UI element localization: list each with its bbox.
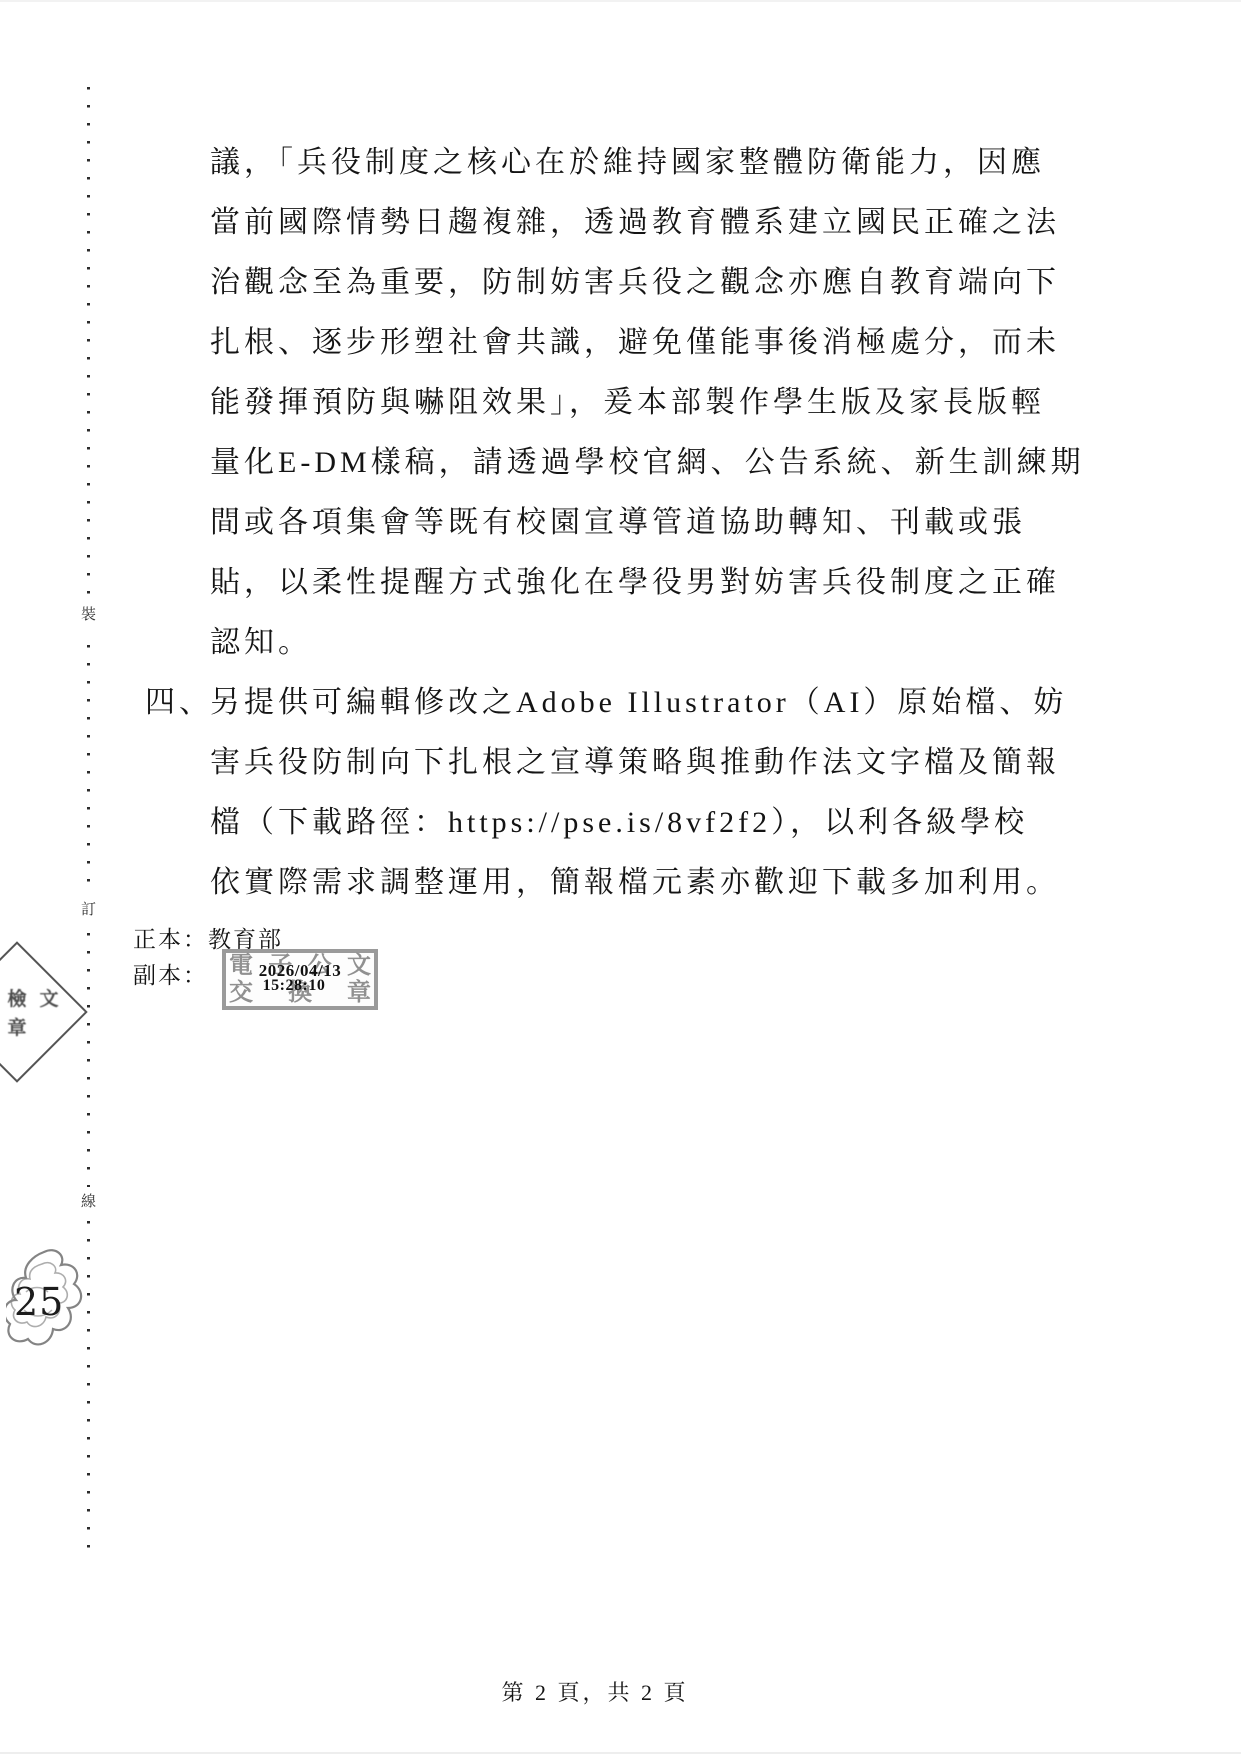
body-line: 害兵役防制向下扎根之宣導策略與推動作法文字檔及簡報: [210, 745, 1110, 781]
official-document-page: 裝 訂 線 議，「兵役制度之核心在於維持國家整體防衛能力，因應 當前國際情勢日趨…: [0, 0, 1241, 1754]
seal-char: 章: [5, 1013, 29, 1040]
exchange-stamp-time: 15:28:10: [220, 977, 368, 995]
seal-char: 檢: [5, 984, 29, 1011]
page-footer: 第 2 頁，共 2 頁: [0, 1676, 1190, 1707]
body-line: 當前國際情勢日趨複雜，透過教育體系建立國民正確之法: [210, 205, 1110, 241]
binding-char-ding: 訂: [80, 895, 97, 925]
binding-dotted-line: [87, 87, 90, 1552]
recipient-copy: 副本：: [133, 957, 208, 990]
edge-diamond-seal: 公 檢 文 章: [0, 941, 88, 1082]
body-line: 量化E-DM樣稿，請透過學校官網、公告系統、新生訓練期: [210, 445, 1110, 481]
body-line: 認知。: [210, 625, 1110, 661]
body-line: 檔（下載路徑：https://pse.is/8vf2f2），以利各級學校: [210, 805, 1110, 841]
edge-diamond-seal-text: 公 檢 文 章: [0, 964, 65, 1060]
handwritten-page-number: 25: [14, 1280, 64, 1324]
seal-char: 文: [37, 984, 61, 1011]
recipient-copy-label: 副本：: [133, 963, 208, 988]
electronic-exchange-stamp: 電 子 公 文 交 換 章 2026/04/13 15:28:10: [222, 949, 378, 1010]
recipient-original-label: 正本：: [133, 927, 208, 952]
body-line: 能發揮預防與嚇阻效果」，爰本部製作學生版及家長版輕: [210, 385, 1110, 421]
body-line: 貼，以柔性提醒方式強化在學役男對妨害兵役制度之正確: [210, 565, 1110, 601]
body-line: 依實際需求調整運用，簡報檔元素亦歡迎下載多加利用。: [210, 865, 1110, 901]
body-line: 另提供可編輯修改之Adobe Illustrator（AI）原始檔、妨: [210, 685, 1110, 721]
item-4-marker: 四、: [145, 685, 213, 721]
binding-char-xian: 線: [80, 1187, 97, 1217]
body-line: 扎根、逐步形塑社會共識，避免僅能事後消極處分，而未: [210, 325, 1110, 361]
body-line: 議，「兵役制度之核心在於維持國家整體防衛能力，因應: [210, 145, 1110, 181]
body-line: 間或各項集會等既有校園宣導管道協助轉知、刊載或張: [210, 505, 1110, 541]
binding-char-zhuang: 裝: [80, 600, 97, 630]
body-line: 治觀念至為重要，防制妨害兵役之觀念亦應自教育端向下: [210, 265, 1110, 301]
